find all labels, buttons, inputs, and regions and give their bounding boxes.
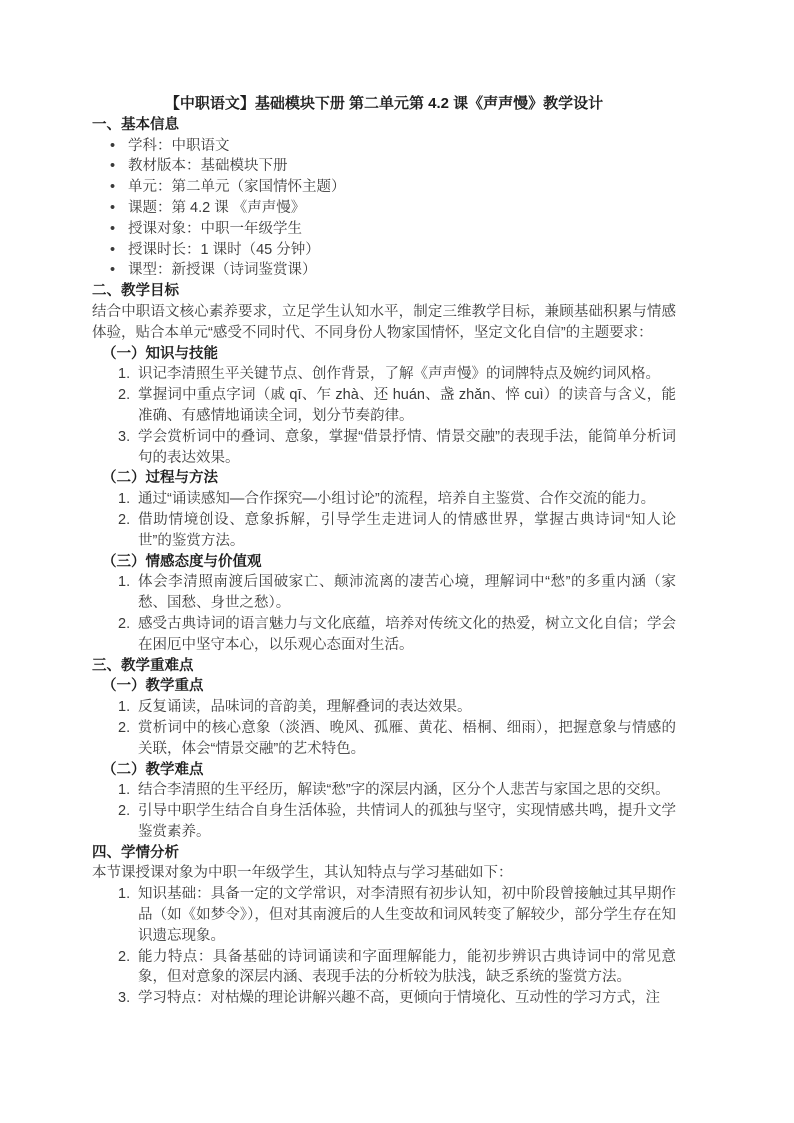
list-item-text: 授课时长：1 课时（45 分钟） [128, 242, 320, 258]
list-item-text: 单元：第二单元（家国情怀主题） [128, 179, 346, 195]
bullet-list-item: •学科：中职语文 [92, 136, 676, 157]
number-marker: 3. [118, 427, 130, 448]
numbered-list-item: 3.学习特点：对枯燥的理论讲解兴趣不高，更倾向于情境化、互动性的学习方式，注 [92, 988, 676, 1009]
numbered-list-item: 3.学会赏析词中的叠词、意象，掌握“借景抒情、情景交融”的表现手法，能简单分析词… [92, 427, 676, 469]
list-item-text: 借助情境创设、意象拆解，引导学生走进词人的情感世界，掌握古典诗词“知人论世”的鉴… [138, 512, 676, 549]
numbered-list-item: 2.赏析词中的核心意象（淡酒、晚风、孤雁、黄花、梧桐、细雨），把握意象与情感的关… [92, 718, 676, 760]
sub-heading: （一）知识与技能 [92, 344, 676, 365]
list-item-text: 授课对象：中职一年级学生 [128, 221, 302, 237]
number-marker: 3. [118, 988, 130, 1009]
number-marker: 1. [118, 572, 130, 593]
list-item-text: 识记李清照生平关键节点、创作背景，了解《声声慢》的词牌特点及婉约词风格。 [138, 366, 660, 382]
bullet-list-item: •教材版本：基础模块下册 [92, 156, 676, 177]
numbered-list-item: 1.通过“诵读感知—合作探究—小组讨论”的流程，培养自主鉴赏、合作交流的能力。 [92, 489, 676, 510]
bullet-marker: • [110, 136, 115, 157]
bullet-list-item: •课题：第 4.2 课 《声声慢》 [92, 198, 676, 219]
bullet-marker: • [110, 177, 115, 198]
number-marker: 2. [118, 718, 130, 739]
list-item-text: 学习特点：对枯燥的理论讲解兴趣不高，更倾向于情境化、互动性的学习方式，注 [138, 990, 660, 1006]
sub-heading: （三）情感态度与价值观 [92, 552, 676, 573]
numbered-list-item: 1.知识基础：具备一定的文学常识，对李清照有初步认知，初中阶段曾接触过其早期作品… [92, 884, 676, 946]
sub-heading: （一）教学重点 [92, 676, 676, 697]
list-item-text: 赏析词中的核心意象（淡酒、晚风、孤雁、黄花、梧桐、细雨），把握意象与情感的关联，… [138, 720, 676, 757]
number-marker: 2. [118, 510, 130, 531]
list-item-text: 学科：中职语文 [128, 138, 230, 154]
list-item-text: 能力特点：具备基础的诗词诵读和字面理解能力，能初步辨识古典诗词中的常见意象，但对… [138, 949, 676, 986]
list-item-text: 反复诵读，品味词的音韵美，理解叠词的表达效果。 [138, 699, 472, 715]
section-heading: 三、教学重难点 [92, 656, 676, 677]
number-marker: 1. [118, 697, 130, 718]
list-item-text: 学会赏析词中的叠词、意象，掌握“借景抒情、情景交融”的表现手法，能简单分析词句的… [138, 429, 676, 466]
list-item-text: 通过“诵读感知—合作探究—小组讨论”的流程，培养自主鉴赏、合作交流的能力。 [138, 491, 655, 507]
number-marker: 2. [118, 614, 130, 635]
numbered-list-item: 2.能力特点：具备基础的诗词诵读和字面理解能力，能初步辨识古典诗词中的常见意象，… [92, 947, 676, 989]
number-marker: 1. [118, 489, 130, 510]
numbered-list-item: 2.借助情境创设、意象拆解，引导学生走进词人的情感世界，掌握古典诗词“知人论世”… [92, 510, 676, 552]
bullet-list-item: •单元：第二单元（家国情怀主题） [92, 177, 676, 198]
list-item-text: 结合李清照的生平经历，解读“愁”字的深层内涵，区分个人悲苦与家国之思的交织。 [138, 782, 670, 798]
section-heading: 二、教学目标 [92, 281, 676, 302]
numbered-list-item: 2.引导中职学生结合自身生活体验，共情词人的孤独与坚守，实现情感共鸣，提升文学鉴… [92, 801, 676, 843]
section-heading: 四、学情分析 [92, 843, 676, 864]
list-item-text: 课型：新授课（诗词鉴赏课） [128, 262, 317, 278]
bullet-list-item: •授课时长：1 课时（45 分钟） [92, 240, 676, 261]
bullet-list-item: •课型：新授课（诗词鉴赏课） [92, 260, 676, 281]
paragraph: 结合中职语文核心素养要求，立足学生认知水平，制定三维教学目标，兼顾基础积累与情感… [92, 302, 676, 344]
document-body: 【中职语文】基础模块下册 第二单元第 4.2 课《声声慢》教学设计 一、基本信息… [92, 94, 676, 1009]
section-heading: 一、基本信息 [92, 115, 676, 136]
numbered-list-item: 2.掌握词中重点字词（戚 qī、乍 zhà、还 huán、盏 zhǎn、悴 cu… [92, 385, 676, 427]
number-marker: 2. [118, 385, 130, 406]
bullet-list-item: •授课对象：中职一年级学生 [92, 219, 676, 240]
paragraph: 本节课授课对象为中职一年级学生，其认知特点与学习基础如下： [92, 863, 676, 884]
document-title: 【中职语文】基础模块下册 第二单元第 4.2 课《声声慢》教学设计 [92, 94, 676, 115]
bullet-marker: • [110, 156, 115, 177]
bullet-marker: • [110, 198, 115, 219]
bullet-marker: • [110, 219, 115, 240]
bullet-marker: • [110, 240, 115, 261]
list-item-text: 掌握词中重点字词（戚 qī、乍 zhà、还 huán、盏 zhǎn、悴 cuì）… [138, 387, 676, 424]
numbered-list-item: 1.体会李清照南渡后国破家亡、颠沛流离的凄苦心境，理解词中“愁”的多重内涵（家愁… [92, 572, 676, 614]
numbered-list-item: 2.感受古典诗词的语言魅力与文化底蕴，培养对传统文化的热爱，树立文化自信；学会在… [92, 614, 676, 656]
sub-heading: （二）教学难点 [92, 760, 676, 781]
document-page: 【中职语文】基础模块下册 第二单元第 4.2 课《声声慢》教学设计 一、基本信息… [0, 0, 794, 1123]
bullet-marker: • [110, 260, 115, 281]
numbered-list-item: 1.反复诵读，品味词的音韵美，理解叠词的表达效果。 [92, 697, 676, 718]
numbered-list-item: 1.识记李清照生平关键节点、创作背景，了解《声声慢》的词牌特点及婉约词风格。 [92, 364, 676, 385]
numbered-list-item: 1.结合李清照的生平经历，解读“愁”字的深层内涵，区分个人悲苦与家国之思的交织。 [92, 780, 676, 801]
number-marker: 1. [118, 884, 130, 905]
list-item-text: 课题：第 4.2 课 《声声慢》 [128, 200, 305, 216]
list-item-text: 教材版本：基础模块下册 [128, 158, 288, 174]
number-marker: 1. [118, 364, 130, 385]
number-marker: 1. [118, 780, 130, 801]
number-marker: 2. [118, 801, 130, 822]
list-item-text: 知识基础：具备一定的文学常识，对李清照有初步认知，初中阶段曾接触过其早期作品（如… [138, 886, 676, 944]
list-item-text: 体会李清照南渡后国破家亡、颠沛流离的凄苦心境，理解词中“愁”的多重内涵（家愁、国… [138, 574, 676, 611]
list-item-text: 引导中职学生结合自身生活体验，共情词人的孤独与坚守，实现情感共鸣，提升文学鉴赏素… [138, 803, 676, 840]
list-item-text: 感受古典诗词的语言魅力与文化底蕴，培养对传统文化的热爱，树立文化自信；学会在困厄… [138, 616, 676, 653]
number-marker: 2. [118, 947, 130, 968]
sub-heading: （二）过程与方法 [92, 468, 676, 489]
